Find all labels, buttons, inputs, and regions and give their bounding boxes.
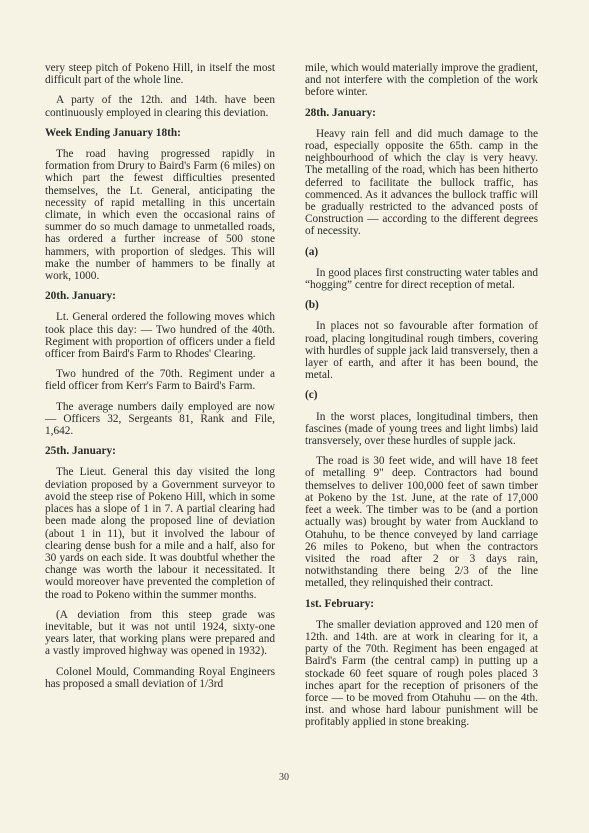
- paragraph: very steep pitch of Pokeno Hill, in itse…: [45, 62, 275, 86]
- section-heading: 20th. January:: [45, 290, 275, 302]
- section-heading: (b): [305, 299, 538, 311]
- paragraph: The Lieut. General this day visited the …: [45, 466, 275, 600]
- paragraph: In good places first constructing water …: [305, 267, 538, 291]
- paragraph: In places not so favourable after format…: [305, 320, 538, 381]
- paragraph: Lt. General ordered the following moves …: [45, 311, 275, 360]
- paragraph: mile, which would materially improve the…: [305, 62, 538, 99]
- section-heading: 1st. February:: [305, 598, 538, 610]
- paragraph: The road having progressed rapidly in fo…: [45, 148, 275, 282]
- paragraph: The road is 30 feet wide, and will have …: [305, 455, 538, 589]
- page-number: 30: [279, 772, 289, 783]
- paragraph: (A deviation from this steep grade was i…: [45, 609, 275, 658]
- right-column: mile, which would materially improve the…: [305, 62, 538, 737]
- section-heading: 25th. January:: [45, 445, 275, 457]
- section-heading: (c): [305, 389, 538, 401]
- paragraph: Heavy rain fell and did much damage to t…: [305, 128, 538, 238]
- paragraph: The smaller deviation approved and 120 m…: [305, 619, 538, 729]
- section-heading: Week Ending January 18th:: [45, 127, 275, 139]
- paragraph: The average numbers daily employed are n…: [45, 401, 275, 438]
- section-heading: 28th. January:: [305, 107, 538, 119]
- paragraph: A party of the 12th. and 14th. have been…: [45, 94, 275, 118]
- paragraph: In the worst places, longitudinal timber…: [305, 411, 538, 448]
- left-column: very steep pitch of Pokeno Hill, in itse…: [45, 62, 275, 698]
- paragraph: Two hundred of the 70th. Regiment under …: [45, 368, 275, 392]
- paragraph: Colonel Mould, Commanding Royal Engineer…: [45, 666, 275, 690]
- section-heading: (a): [305, 246, 538, 258]
